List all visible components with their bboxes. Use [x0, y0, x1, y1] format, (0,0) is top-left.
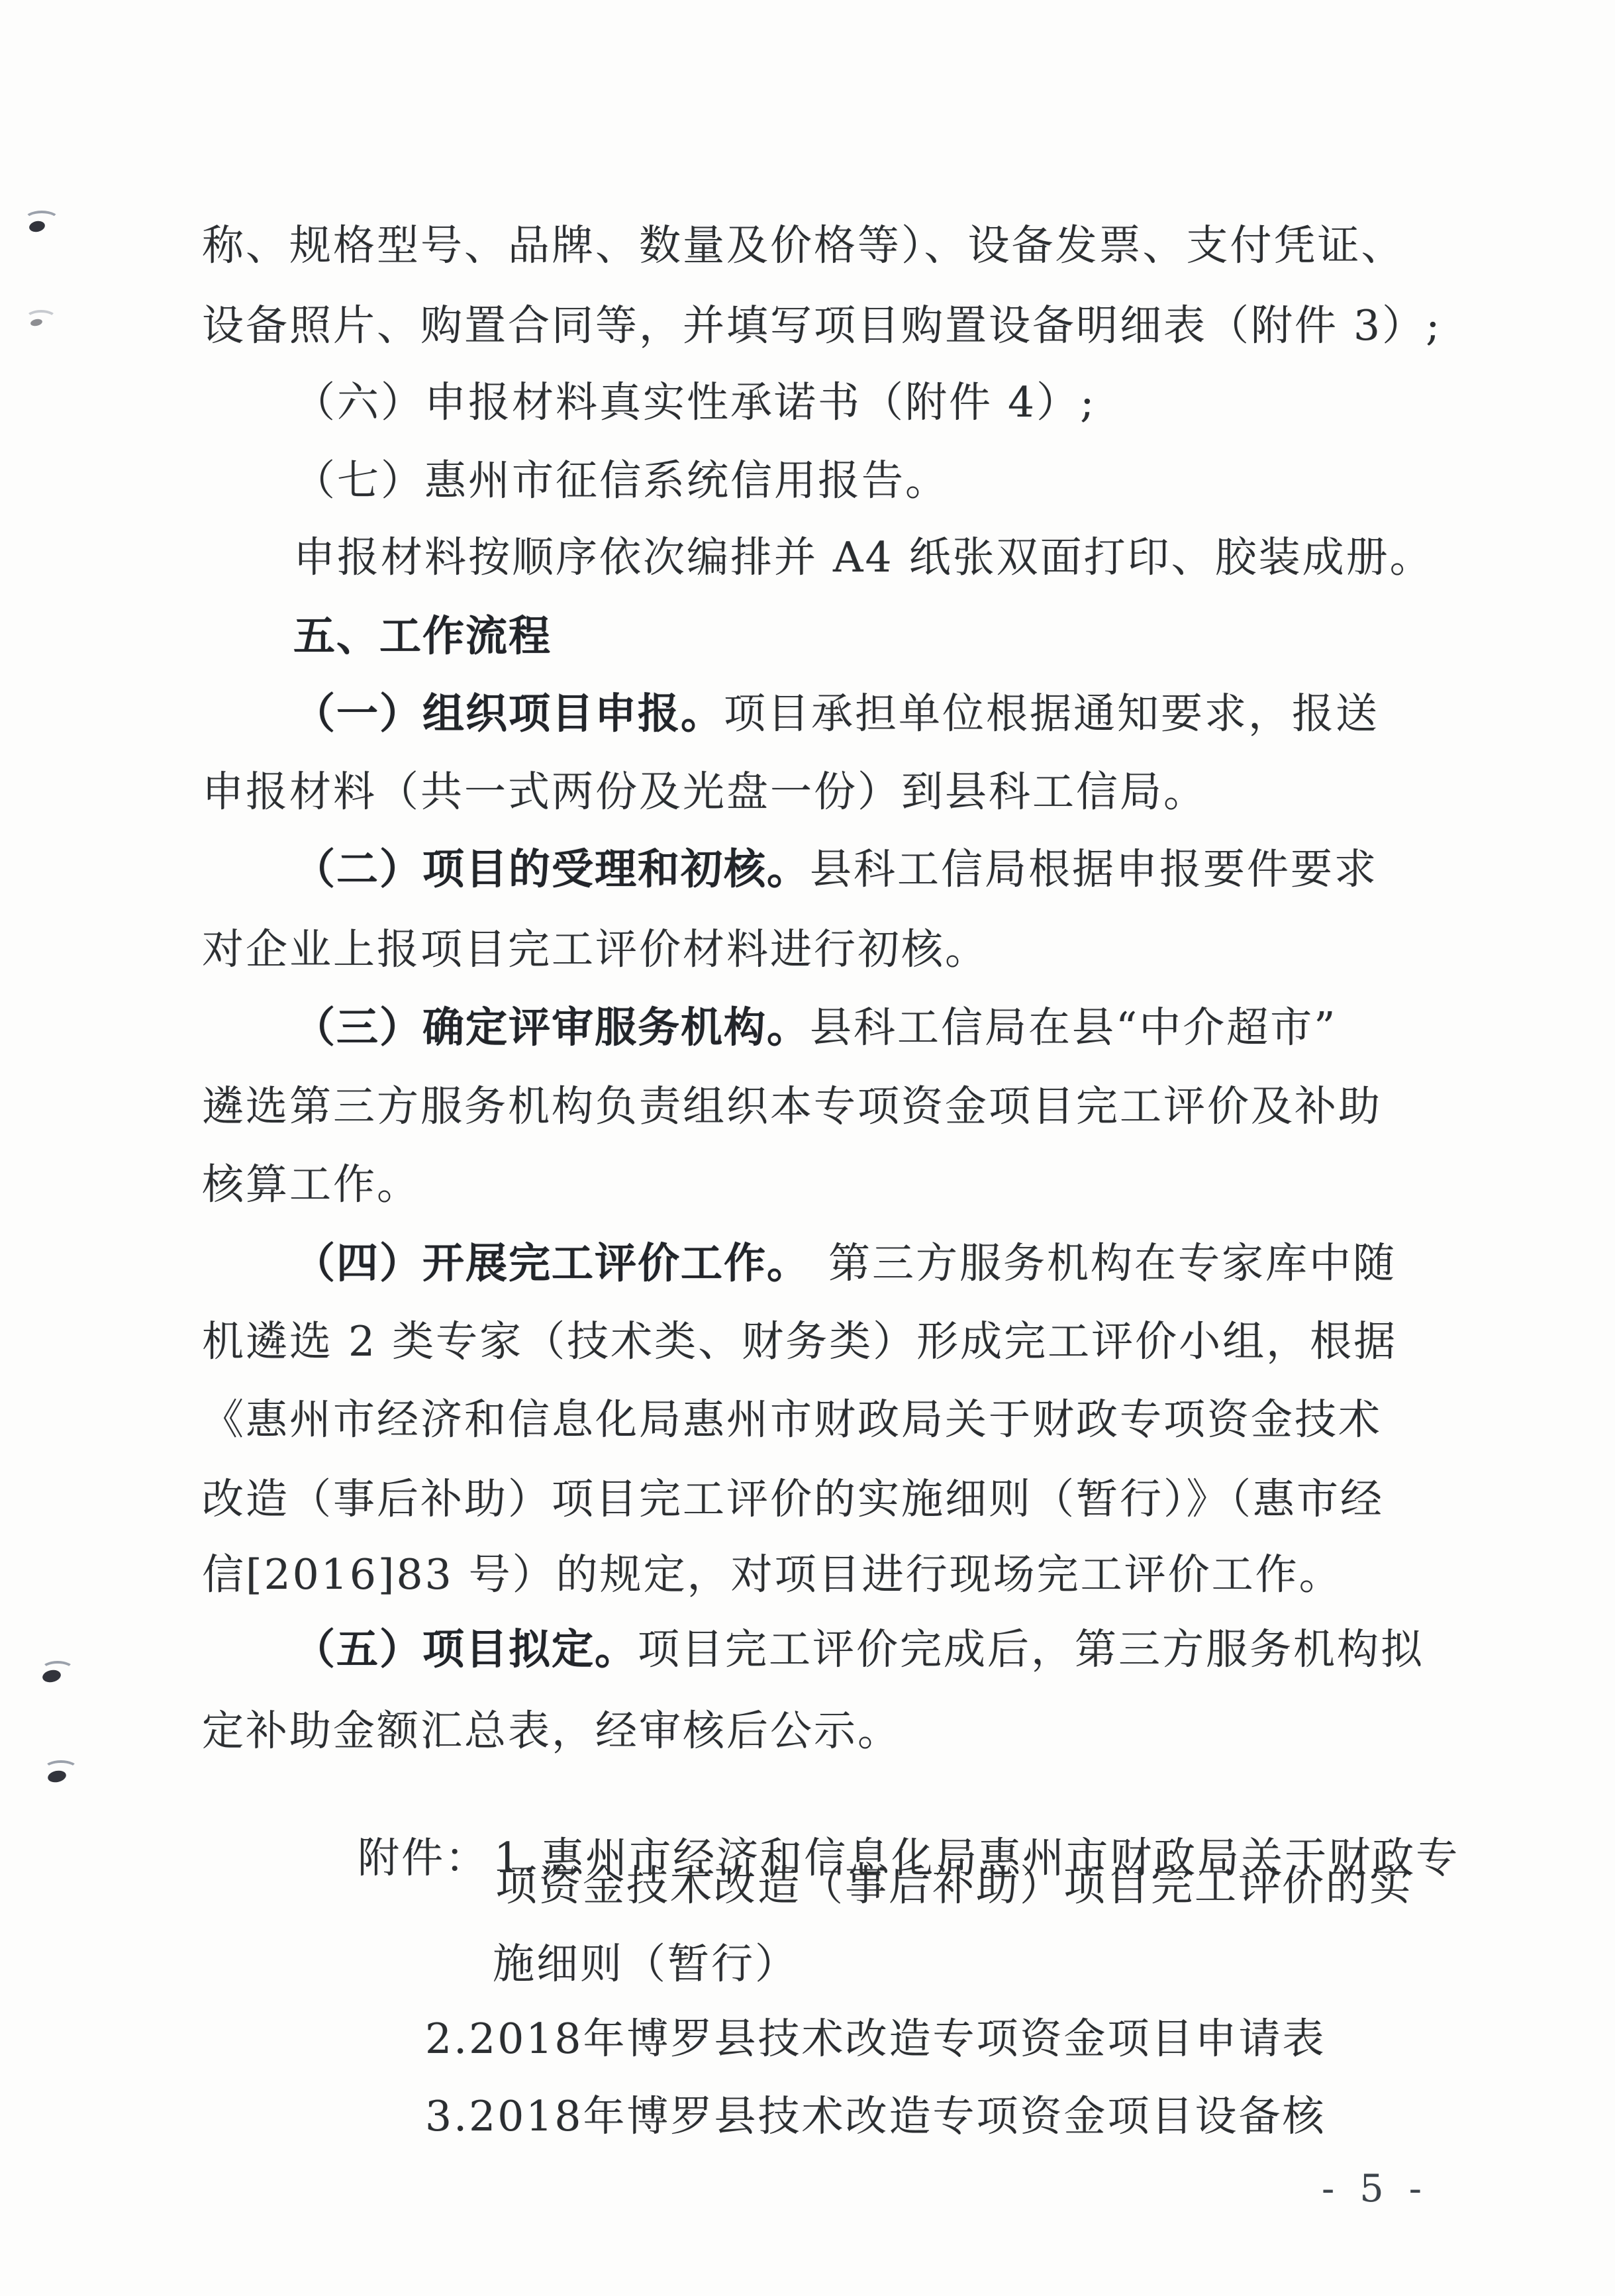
doc-line-01: 称、规格型号、品牌、数量及价格等）、设备发票、支付凭证、 — [202, 222, 1405, 270]
line-text: 对企业上报项目完工评价材料进行初核。 — [202, 925, 989, 973]
attachment-item2-text: 2.2018年博罗县技术改造专项资金项目申请表 — [425, 2015, 1326, 2063]
line-text: 称、规格型号、品牌、数量及价格等）、设备发票、支付凭证、 — [202, 221, 1405, 270]
line-text: 项目完工评价完成后，第三方服务机构拟 — [638, 1625, 1424, 1673]
doc-line-13: 核算工作。 — [202, 1161, 420, 1209]
line-text: 第三方服务机构在专家库中随 — [828, 1239, 1396, 1287]
doc-line-18: 信[2016]83 号）的规定，对项目进行现场完工评价工作。 — [202, 1551, 1343, 1599]
doc-line-11: （三）确定评审服务机构。县科工信局在县“中介超市” — [293, 1004, 1337, 1052]
doc-line-02: 设备照片、购置合同等，并填写项目购置设备明细表（附件 3）; — [202, 302, 1442, 350]
line-text: 县科工信局在县“中介超市” — [810, 1003, 1337, 1052]
line-text: 改造（事后补助）项目完工评价的实施细则（暂行）》（惠市经 — [202, 1475, 1384, 1523]
subheading-text: （二）项目的受理和初核。 — [293, 845, 810, 893]
attachment-line-4: 2.2018年博罗县技术改造专项资金项目申请表 — [425, 2015, 1326, 2063]
subheading-text: （四）开展完工评价工作。 — [293, 1239, 810, 1287]
line-text: （七）惠州市征信系统信用报告。 — [293, 456, 949, 505]
attachment-line-3: 施细则（暂行） — [493, 1940, 799, 1988]
line-text: 申报材料按顺序依次编排并 A4 纸张双面打印、胶装成册。 — [293, 533, 1434, 581]
doc-line-10: 对企业上报项目完工评价材料进行初核。 — [202, 926, 989, 973]
line-text: 定补助金额汇总表，经审核后公示。 — [202, 1707, 901, 1755]
doc-line-17: 改造（事后补助）项目完工评价的实施细则（暂行）》（惠市经 — [202, 1475, 1384, 1523]
attachment-line-2: 项资金技术改造（事后补助）项目完工评价的实 — [495, 1862, 1413, 1910]
line-text: 申报材料（共一式两份及光盘一份）到县科工信局。 — [202, 768, 1207, 816]
page-number: - 5 - — [1322, 2167, 1428, 2211]
speck-arc-icon — [25, 310, 57, 327]
line-text: 《惠州市经济和信息化局惠州市财政局关于财政专项资金技术 — [202, 1395, 1382, 1444]
doc-line-20: 定补助金额汇总表，经审核后公示。 — [202, 1707, 901, 1755]
attachment-item3-text: 3.2018年博罗县技术改造专项资金项目设备核 — [425, 2092, 1326, 2140]
doc-line-04: （七）惠州市征信系统信用报告。 — [293, 457, 949, 505]
doc-line-14: （四）开展完工评价工作。第三方服务机构在专家库中随 — [293, 1240, 1396, 1287]
line-text: 项目承担单位根据通知要求，报送 — [724, 689, 1379, 738]
doc-line-07: （一）组织项目申报。项目承担单位根据通知要求，报送 — [293, 690, 1379, 738]
line-text: 信[2016]83 号）的规定，对项目进行现场完工评价工作。 — [202, 1550, 1343, 1599]
line-text: 遴选第三方服务机构负责组织本专项资金项目完工评价及补助 — [202, 1082, 1382, 1130]
attachment-label: 附件： — [358, 1834, 489, 1882]
doc-line-12: 遴选第三方服务机构负责组织本专项资金项目完工评价及补助 — [202, 1083, 1382, 1130]
attachment-item1-text: 施细则（暂行） — [493, 1940, 799, 1988]
subheading-text: （一）组织项目申报。 — [293, 689, 724, 738]
doc-line-15: 机遴选 2 类专家（技术类、财务类）形成完工评价小组，根据 — [202, 1318, 1397, 1366]
line-text: 核算工作。 — [202, 1160, 420, 1209]
doc-line-19: （五）项目拟定。项目完工评价完成后，第三方服务机构拟 — [293, 1626, 1424, 1673]
line-text: （六）申报材料真实性承诺书（附件 4）; — [293, 378, 1096, 426]
doc-line-16: 《惠州市经济和信息化局惠州市财政局关于财政专项资金技术 — [202, 1396, 1382, 1444]
subheading-text: （五）项目拟定。 — [293, 1625, 638, 1673]
line-text: 县科工信局根据申报要件要求 — [810, 845, 1378, 893]
doc-line-03: （六）申报材料真实性承诺书（附件 4）; — [293, 379, 1096, 426]
doc-line-09: （二）项目的受理和初核。县科工信局根据申报要件要求 — [293, 846, 1378, 893]
attachment-line-5: 3.2018年博罗县技术改造专项资金项目设备核 — [425, 2093, 1326, 2140]
doc-line-08: 申报材料（共一式两份及光盘一份）到县科工信局。 — [202, 768, 1207, 816]
heading-text: 五、工作流程 — [293, 612, 552, 660]
document-page: 称、规格型号、品牌、数量及价格等）、设备发票、支付凭证、 设备照片、购置合同等，… — [0, 0, 1615, 2296]
doc-heading-workflow: 五、工作流程 — [293, 613, 552, 660]
attachment-item1-text: 项资金技术改造（事后补助）项目完工评价的实 — [495, 1862, 1413, 1910]
line-text: 机遴选 2 类专家（技术类、财务类）形成完工评价小组，根据 — [202, 1317, 1397, 1366]
subheading-text: （三）确定评审服务机构。 — [293, 1003, 810, 1052]
line-text: 设备照片、购置合同等，并填写项目购置设备明细表（附件 3）; — [202, 301, 1442, 350]
doc-line-05: 申报材料按顺序依次编排并 A4 纸张双面打印、胶装成册。 — [293, 534, 1434, 581]
